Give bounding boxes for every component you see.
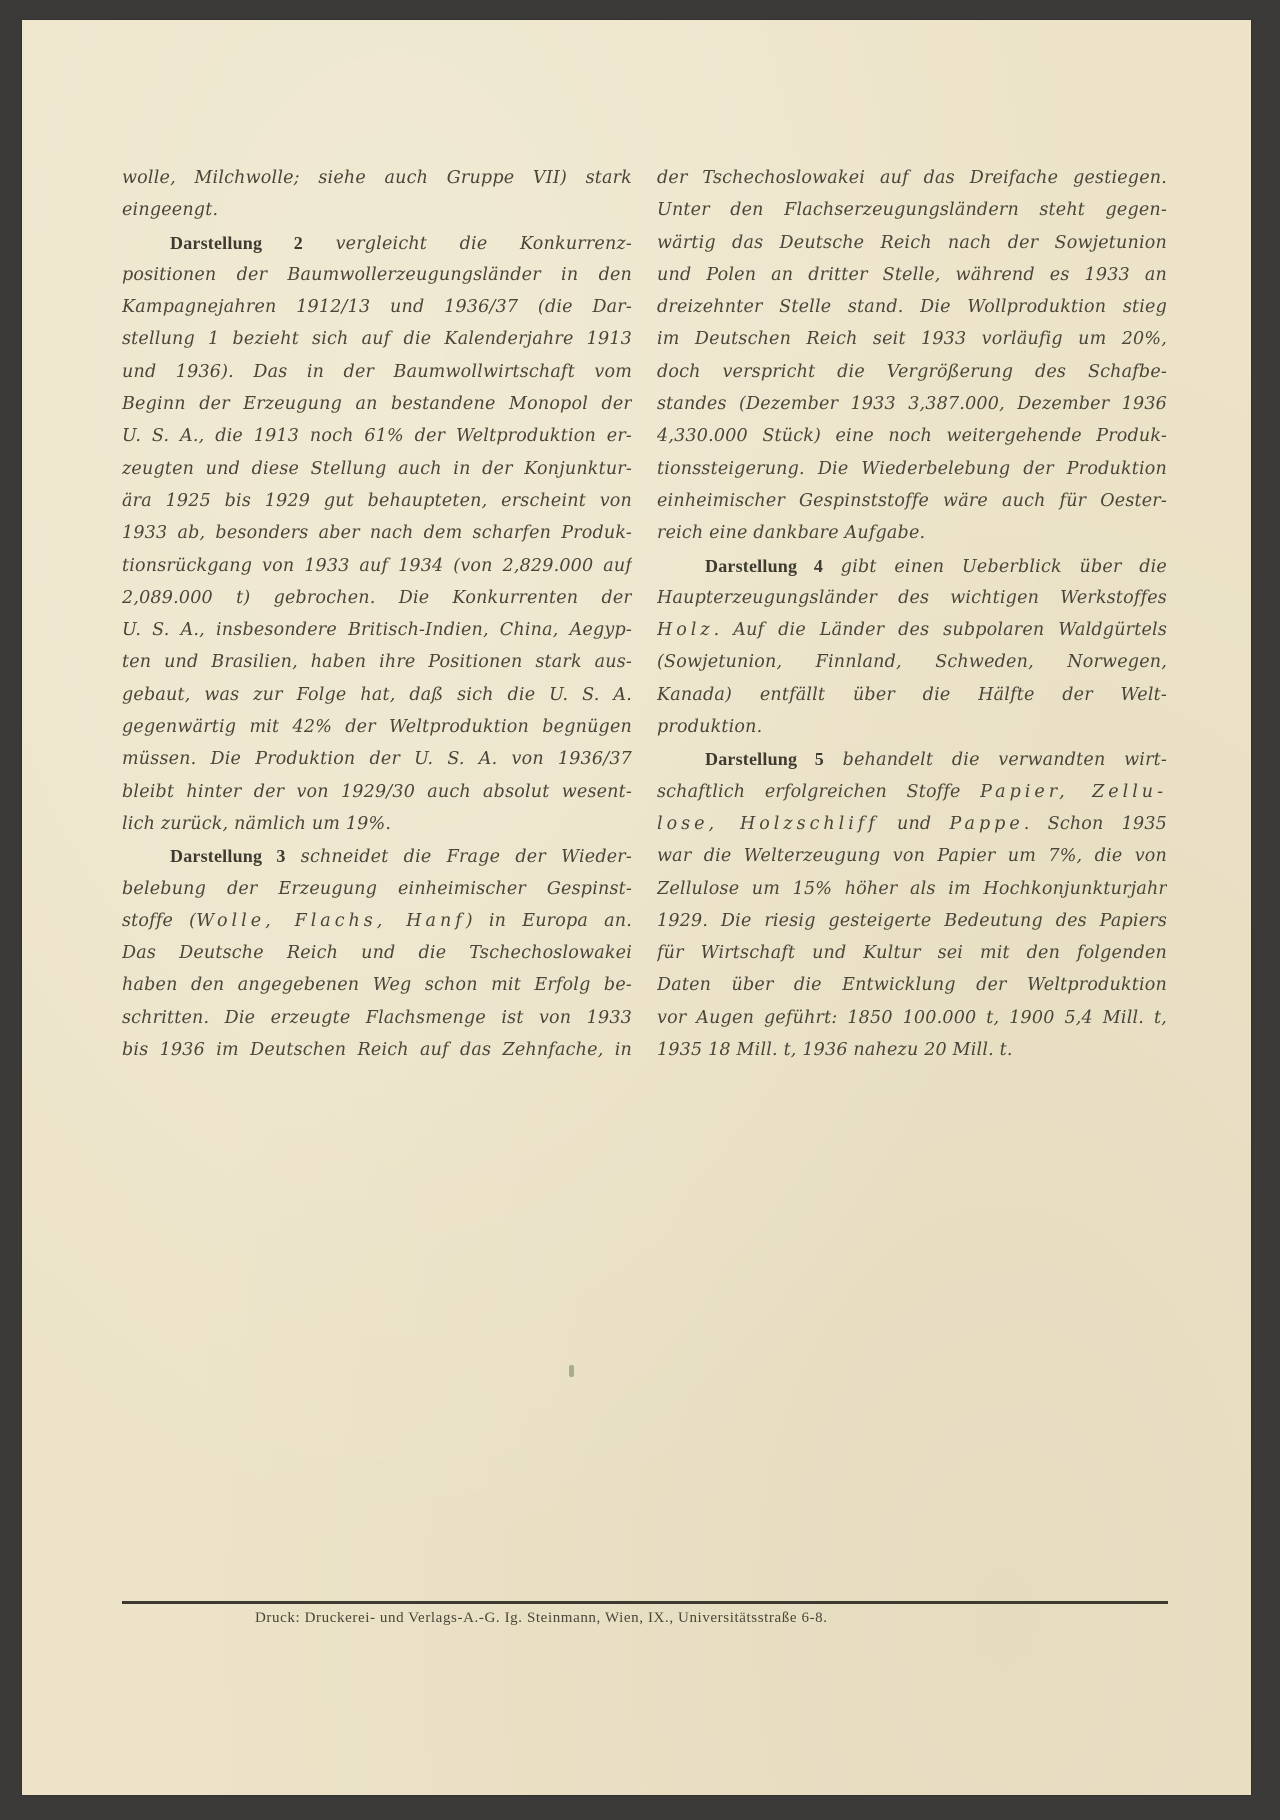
footer-divider [122, 1601, 1168, 1604]
emphasized-text: Pappe [950, 814, 1024, 834]
text-line: standes (Dezember 1933 3,387.000, Dezemb… [657, 388, 1167, 420]
text-line: einheimischer Gespinststoffe wäre auch f… [657, 485, 1167, 517]
text-line: der Tschechoslowakei auf das Dreifache g… [657, 162, 1167, 194]
right-text-column: der Tschechoslowakei auf das Dreifache g… [657, 162, 1167, 1066]
left-text-column: wolle, Milchwolle; siehe auch Gruppe VII… [122, 162, 632, 1066]
text-span: und [879, 814, 950, 834]
text-line: schaftlich erfolgreichen Stoffe Papier, … [657, 776, 1167, 808]
text-line: wärtig das Deutsche Reich nach der Sowje… [657, 227, 1167, 259]
text-line: stoffe (Wolle, Flachs, Hanf) in Europa a… [122, 905, 632, 937]
text-line: belebung der Erzeugung einheimischer Ges… [122, 873, 632, 905]
emphasized-text: Wolle, Flachs, Hanf [196, 911, 466, 931]
text-span: schaftlich erfolgreichen Stoffe [657, 782, 980, 802]
emphasized-text: Papier, Zellu- [980, 782, 1167, 802]
text-line: dreizehnter Stelle stand. Die Wollproduk… [657, 291, 1167, 323]
text-line: müssen. Die Produktion der U. S. A. von … [122, 743, 632, 775]
text-span: . Auf die Länder des subpolaren Waldgürt… [714, 620, 1167, 640]
text-line: 2,089.000 t) gebrochen. Die Konkurrenten… [122, 582, 632, 614]
text-line: Unter den Flachserzeugungsländern steht … [657, 194, 1167, 226]
text-line: Kanada) entfällt über die Hälfte der Wel… [657, 679, 1167, 711]
text-line: ära 1925 bis 1929 gut behaupteten, ersch… [122, 485, 632, 517]
text-line: Das Deutsche Reich und die Tschechoslowa… [122, 937, 632, 969]
paragraph-darstellung-3: Darstellung 3 schneidet die Frage der Wi… [122, 840, 632, 872]
text-span: . Schon 1935 [1024, 814, 1167, 834]
text-line: und Polen an dritter Stelle, während es … [657, 259, 1167, 291]
text-line: gegenwärtig mit 42% der Weltproduktion b… [122, 711, 632, 743]
text-line: Daten über die Entwicklung der Weltprodu… [657, 969, 1167, 1001]
paragraph-darstellung-2: Darstellung 2 vergleicht die Konkurrenz- [122, 227, 632, 259]
paper-blemish [569, 1365, 574, 1377]
text-line: im Deutschen Reich seit 1933 vorläufig u… [657, 323, 1167, 355]
text-span: ) in Europa an. [466, 911, 632, 931]
text-line: schritten. Die erzeugte Flachsmenge ist … [122, 1002, 632, 1034]
text-line: wolle, Milchwolle; siehe auch Gruppe VII… [122, 162, 632, 194]
printer-imprint: Druck: Druckerei- und Verlags-A.-G. Ig. … [255, 1610, 828, 1627]
text-line: lich zurück, nämlich um 19%. [122, 808, 632, 840]
text-line: tionsrückgang von 1933 auf 1934 (von 2,8… [122, 550, 632, 582]
section-reference: Darstellung 5 [705, 749, 824, 769]
text-line: Kampagnejahren 1912/13 und 1936/37 (die … [122, 291, 632, 323]
text-line: zeugten und diese Stellung auch in der K… [122, 453, 632, 485]
text-line: für Wirtschaft und Kultur sei mit den fo… [657, 937, 1167, 969]
text-line: Haupterzeugungsländer des wichtigen Werk… [657, 582, 1167, 614]
text-line: Beginn der Erzeugung an bestandene Monop… [122, 388, 632, 420]
text-line: reich eine dankbare Aufgabe. [657, 517, 1167, 549]
text-span: vergleicht die Konkurrenz- [303, 234, 632, 254]
text-line: vor Augen geführt: 1850 100.000 t, 1900 … [657, 1002, 1167, 1034]
text-span: gibt einen Ueberblick über die [823, 557, 1167, 577]
text-line: ten und Brasilien, haben ihre Positionen… [122, 646, 632, 678]
document-page: wolle, Milchwolle; siehe auch Gruppe VII… [22, 20, 1251, 1795]
text-line: bis 1936 im Deutschen Reich auf das Zehn… [122, 1034, 632, 1066]
text-line: 4,330.000 Stück) eine noch weitergehende… [657, 420, 1167, 452]
text-line: (Sowjetunion, Finnland, Schweden, Norweg… [657, 646, 1167, 678]
text-line: gebaut, was zur Folge hat, daß sich die … [122, 679, 632, 711]
text-line: 1935 18 Mill. t, 1936 nahezu 20 Mill. t. [657, 1034, 1167, 1066]
text-line: positionen der Baumwollerzeugungsländer … [122, 259, 632, 291]
text-line: Holz. Auf die Länder des subpolaren Wald… [657, 614, 1167, 646]
text-line: haben den angegebenen Weg schon mit Erfo… [122, 969, 632, 1001]
text-line: doch verspricht die Vergrößerung des Sch… [657, 356, 1167, 388]
section-reference: Darstellung 4 [705, 556, 823, 576]
text-span: behandelt die verwandten wirt- [824, 750, 1167, 770]
text-line: stellung 1 bezieht sich auf die Kalender… [122, 323, 632, 355]
text-line: bleibt hinter der von 1929/30 auch absol… [122, 776, 632, 808]
text-line: tionssteigerung. Die Wiederbelebung der … [657, 453, 1167, 485]
section-reference: Darstellung 2 [170, 233, 303, 253]
text-line: lose, Holzschliff und Pappe. Schon 1935 [657, 808, 1167, 840]
emphasized-text: lose, Holzschliff [657, 814, 879, 834]
text-line: 1929. Die riesig gesteigerte Bedeutung d… [657, 905, 1167, 937]
text-line: produktion. [657, 711, 1167, 743]
text-span: schneidet die Frage der Wieder- [286, 847, 632, 867]
text-line: 1933 ab, besonders aber nach dem scharfe… [122, 517, 632, 549]
text-line: war die Welterzeugung von Papier um 7%, … [657, 840, 1167, 872]
paragraph-darstellung-4: Darstellung 4 gibt einen Ueberblick über… [657, 550, 1167, 582]
text-line: U. S. A., insbesondere Britisch-Indien, … [122, 614, 632, 646]
emphasized-text: Holz [657, 620, 714, 640]
text-line: eingeengt. [122, 194, 632, 226]
text-line: und 1936). Das in der Baumwollwirtschaft… [122, 356, 632, 388]
text-line: Zellulose um 15% höher als im Hochkonjun… [657, 873, 1167, 905]
section-reference: Darstellung 3 [170, 846, 286, 866]
text-line: U. S. A., die 1913 noch 61% der Weltprod… [122, 420, 632, 452]
paragraph-darstellung-5: Darstellung 5 behandelt die verwandten w… [657, 743, 1167, 775]
text-span: stoffe ( [122, 911, 196, 931]
